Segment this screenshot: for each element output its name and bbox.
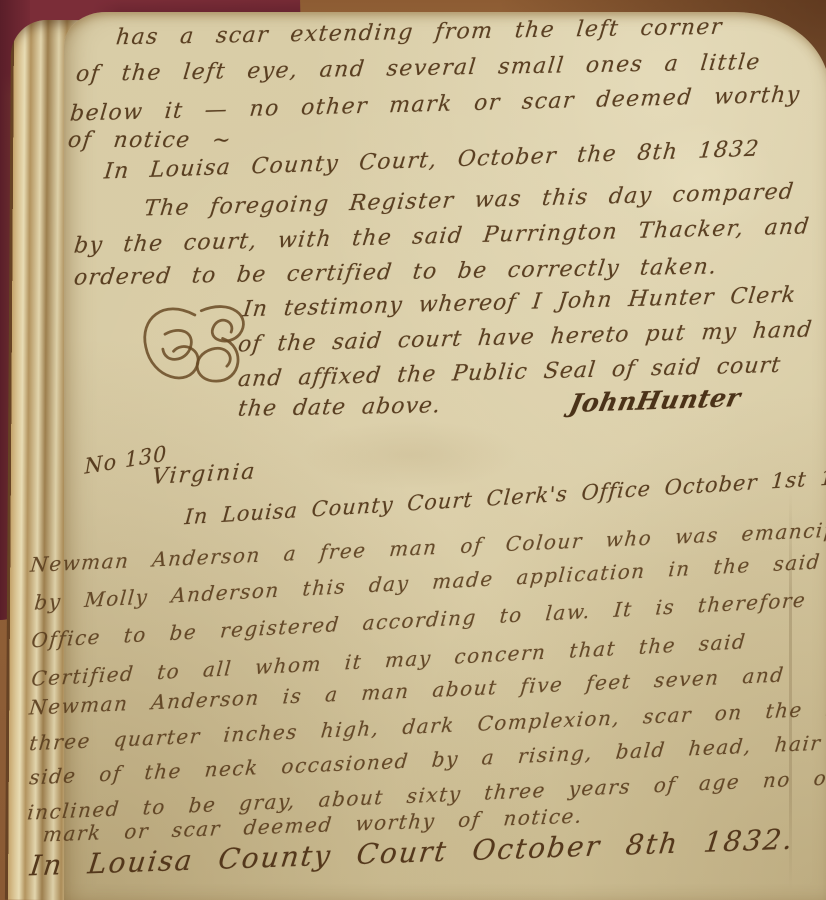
manuscript-line: of notice ~ [66,128,233,153]
clerk-signature: JohnHunter [567,383,744,418]
manuscript-line: the date above. [236,393,442,422]
photograph-of-register-page: has a scar extending from the left corne… [0,0,826,900]
